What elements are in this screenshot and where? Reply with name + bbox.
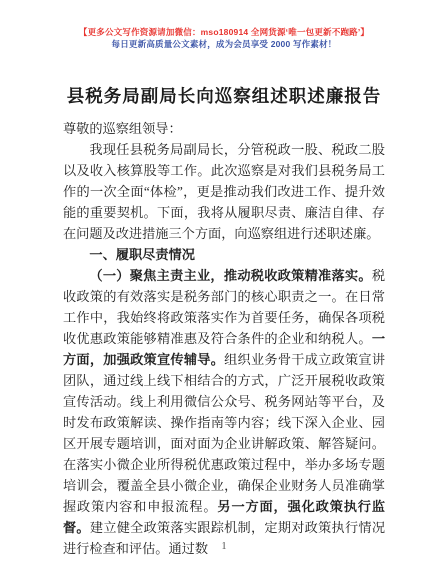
promo-header: 【更多公文写作资源请加微信：mso180914 全网货源‘唯一包更新不跑路’】 … xyxy=(0,0,448,50)
section-1-run-subheading: （一）聚焦主责主业，推动税收政策精准落实。 xyxy=(89,268,371,283)
promo-watermark-line-1: 【更多公文写作资源请加微信：mso180914 全网货源‘唯一包更新不跑路’】 xyxy=(0,26,448,38)
document-body: 尊敬的巡察组领导： 我现任县税务局副局长，分管税政一股、税政二股以及收入核算股等… xyxy=(63,118,385,559)
section-1-heading: 一、履职尽责情况 xyxy=(63,244,385,265)
intro-paragraph: 我现任县税务局副局长，分管税政一股、税政二股以及收入核算股等工作。此次巡察是对我… xyxy=(63,139,385,244)
page-number: 1 xyxy=(0,541,448,552)
document-title: 县税务局副局长向巡察组述职述廉报告 xyxy=(30,84,418,108)
section-1-paragraph: （一）聚焦主责主业，推动税收政策精准落实。税收政策的有效落实是税务部门的核心职责… xyxy=(63,265,385,559)
section-1-run-body-2: 组织业务骨干成立政策宣讲团队，通过线上线下相结合的方式，广泛开展税收政策宣传活动… xyxy=(63,352,385,514)
greeting-line: 尊敬的巡察组领导： xyxy=(63,118,385,139)
promo-watermark-line-2: 每日更新高质量公文素材，成为会员享受 2000 写作素材！ xyxy=(0,38,448,50)
document-page: 【更多公文写作资源请加微信：mso180914 全网货源‘唯一包更新不跑路’】 … xyxy=(0,0,448,580)
